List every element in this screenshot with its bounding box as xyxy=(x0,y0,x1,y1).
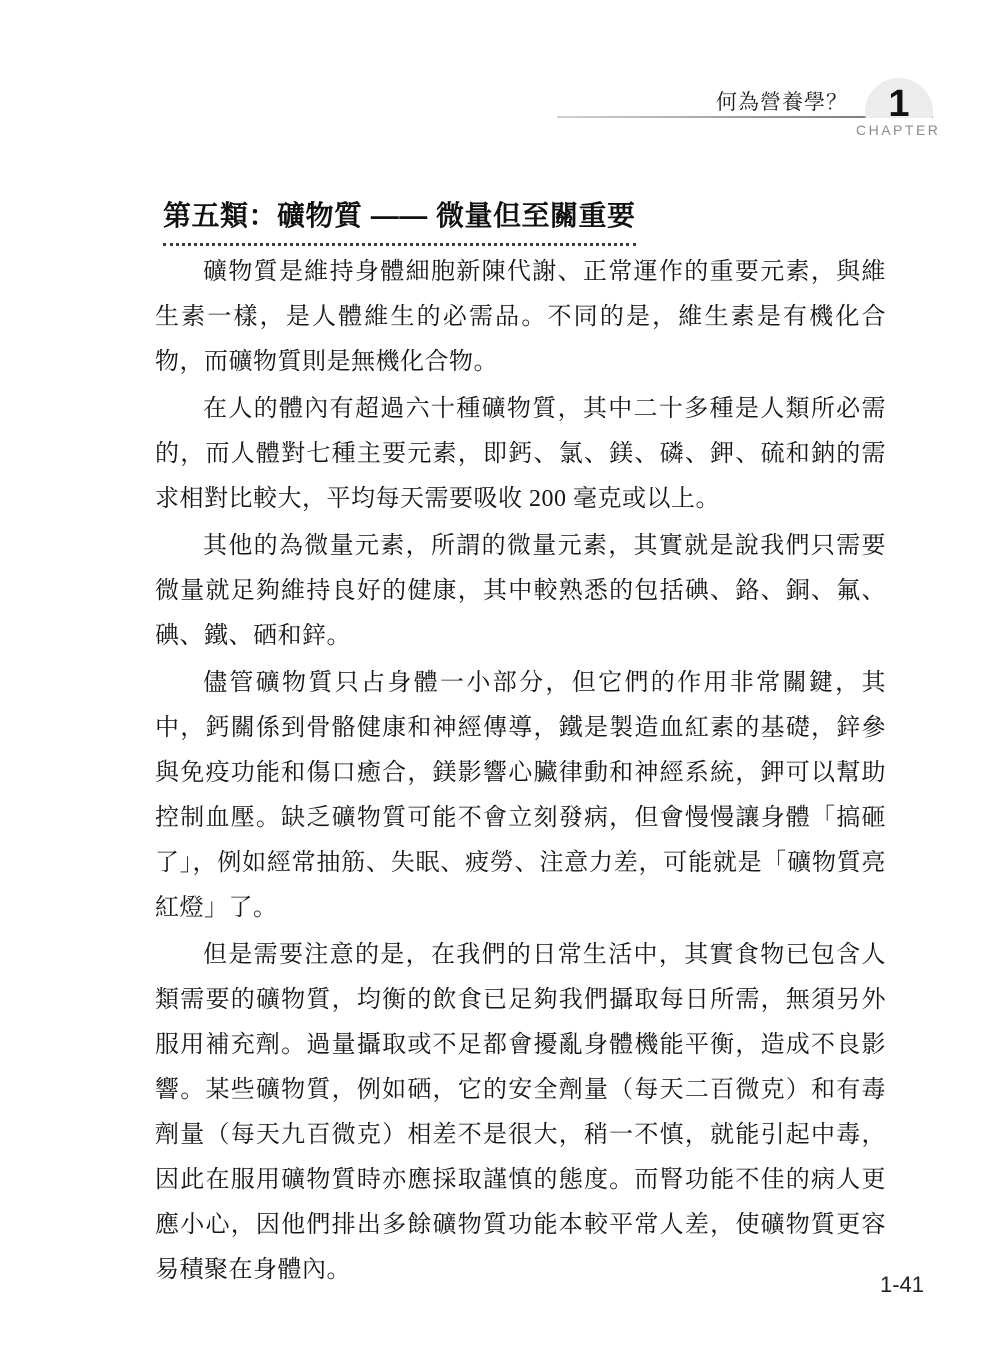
body-paragraph: 但是需要注意的是，在我們的日常生活中，其實食物已包含人類需要的礦物質，均衡的飲食… xyxy=(155,933,886,1293)
body-paragraph: 礦物質是維持身體細胞新陳代謝、正常運作的重要元素，與維生素一樣，是人體維生的必需… xyxy=(155,250,886,385)
running-header-title: 何為營養學？ xyxy=(716,86,848,116)
chapter-label: CHAPTER xyxy=(856,122,940,138)
chapter-number: 1 xyxy=(865,83,933,118)
body-paragraph: 儘管礦物質只占身體一小部分，但它們的作用非常關鍵，其中，鈣關係到骨骼健康和神經傳… xyxy=(155,661,886,931)
section-title: 第五類：礦物質 —— 微量但至關重要 xyxy=(163,194,636,246)
page-number: 1-41 xyxy=(880,1272,924,1298)
body-text: 礦物質是維持身體細胞新陳代謝、正常運作的重要元素，與維生素一樣，是人體維生的必需… xyxy=(155,250,886,1295)
book-page: 何為營養學？ 1 CHAPTER 第五類：礦物質 —— 微量但至關重要 礦物質是… xyxy=(0,0,1000,1353)
section-title-text: 第五類：礦物質 —— 微量但至關重要 xyxy=(163,194,636,246)
chapter-badge: 1 xyxy=(865,78,933,118)
body-paragraph: 其他的為微量元素，所謂的微量元素，其實就是說我們只需要微量就足夠維持良好的健康，… xyxy=(155,524,886,659)
body-paragraph: 在人的體內有超過六十種礦物質，其中二十多種是人類所必需的，而人體對七種主要元素，… xyxy=(155,387,886,522)
